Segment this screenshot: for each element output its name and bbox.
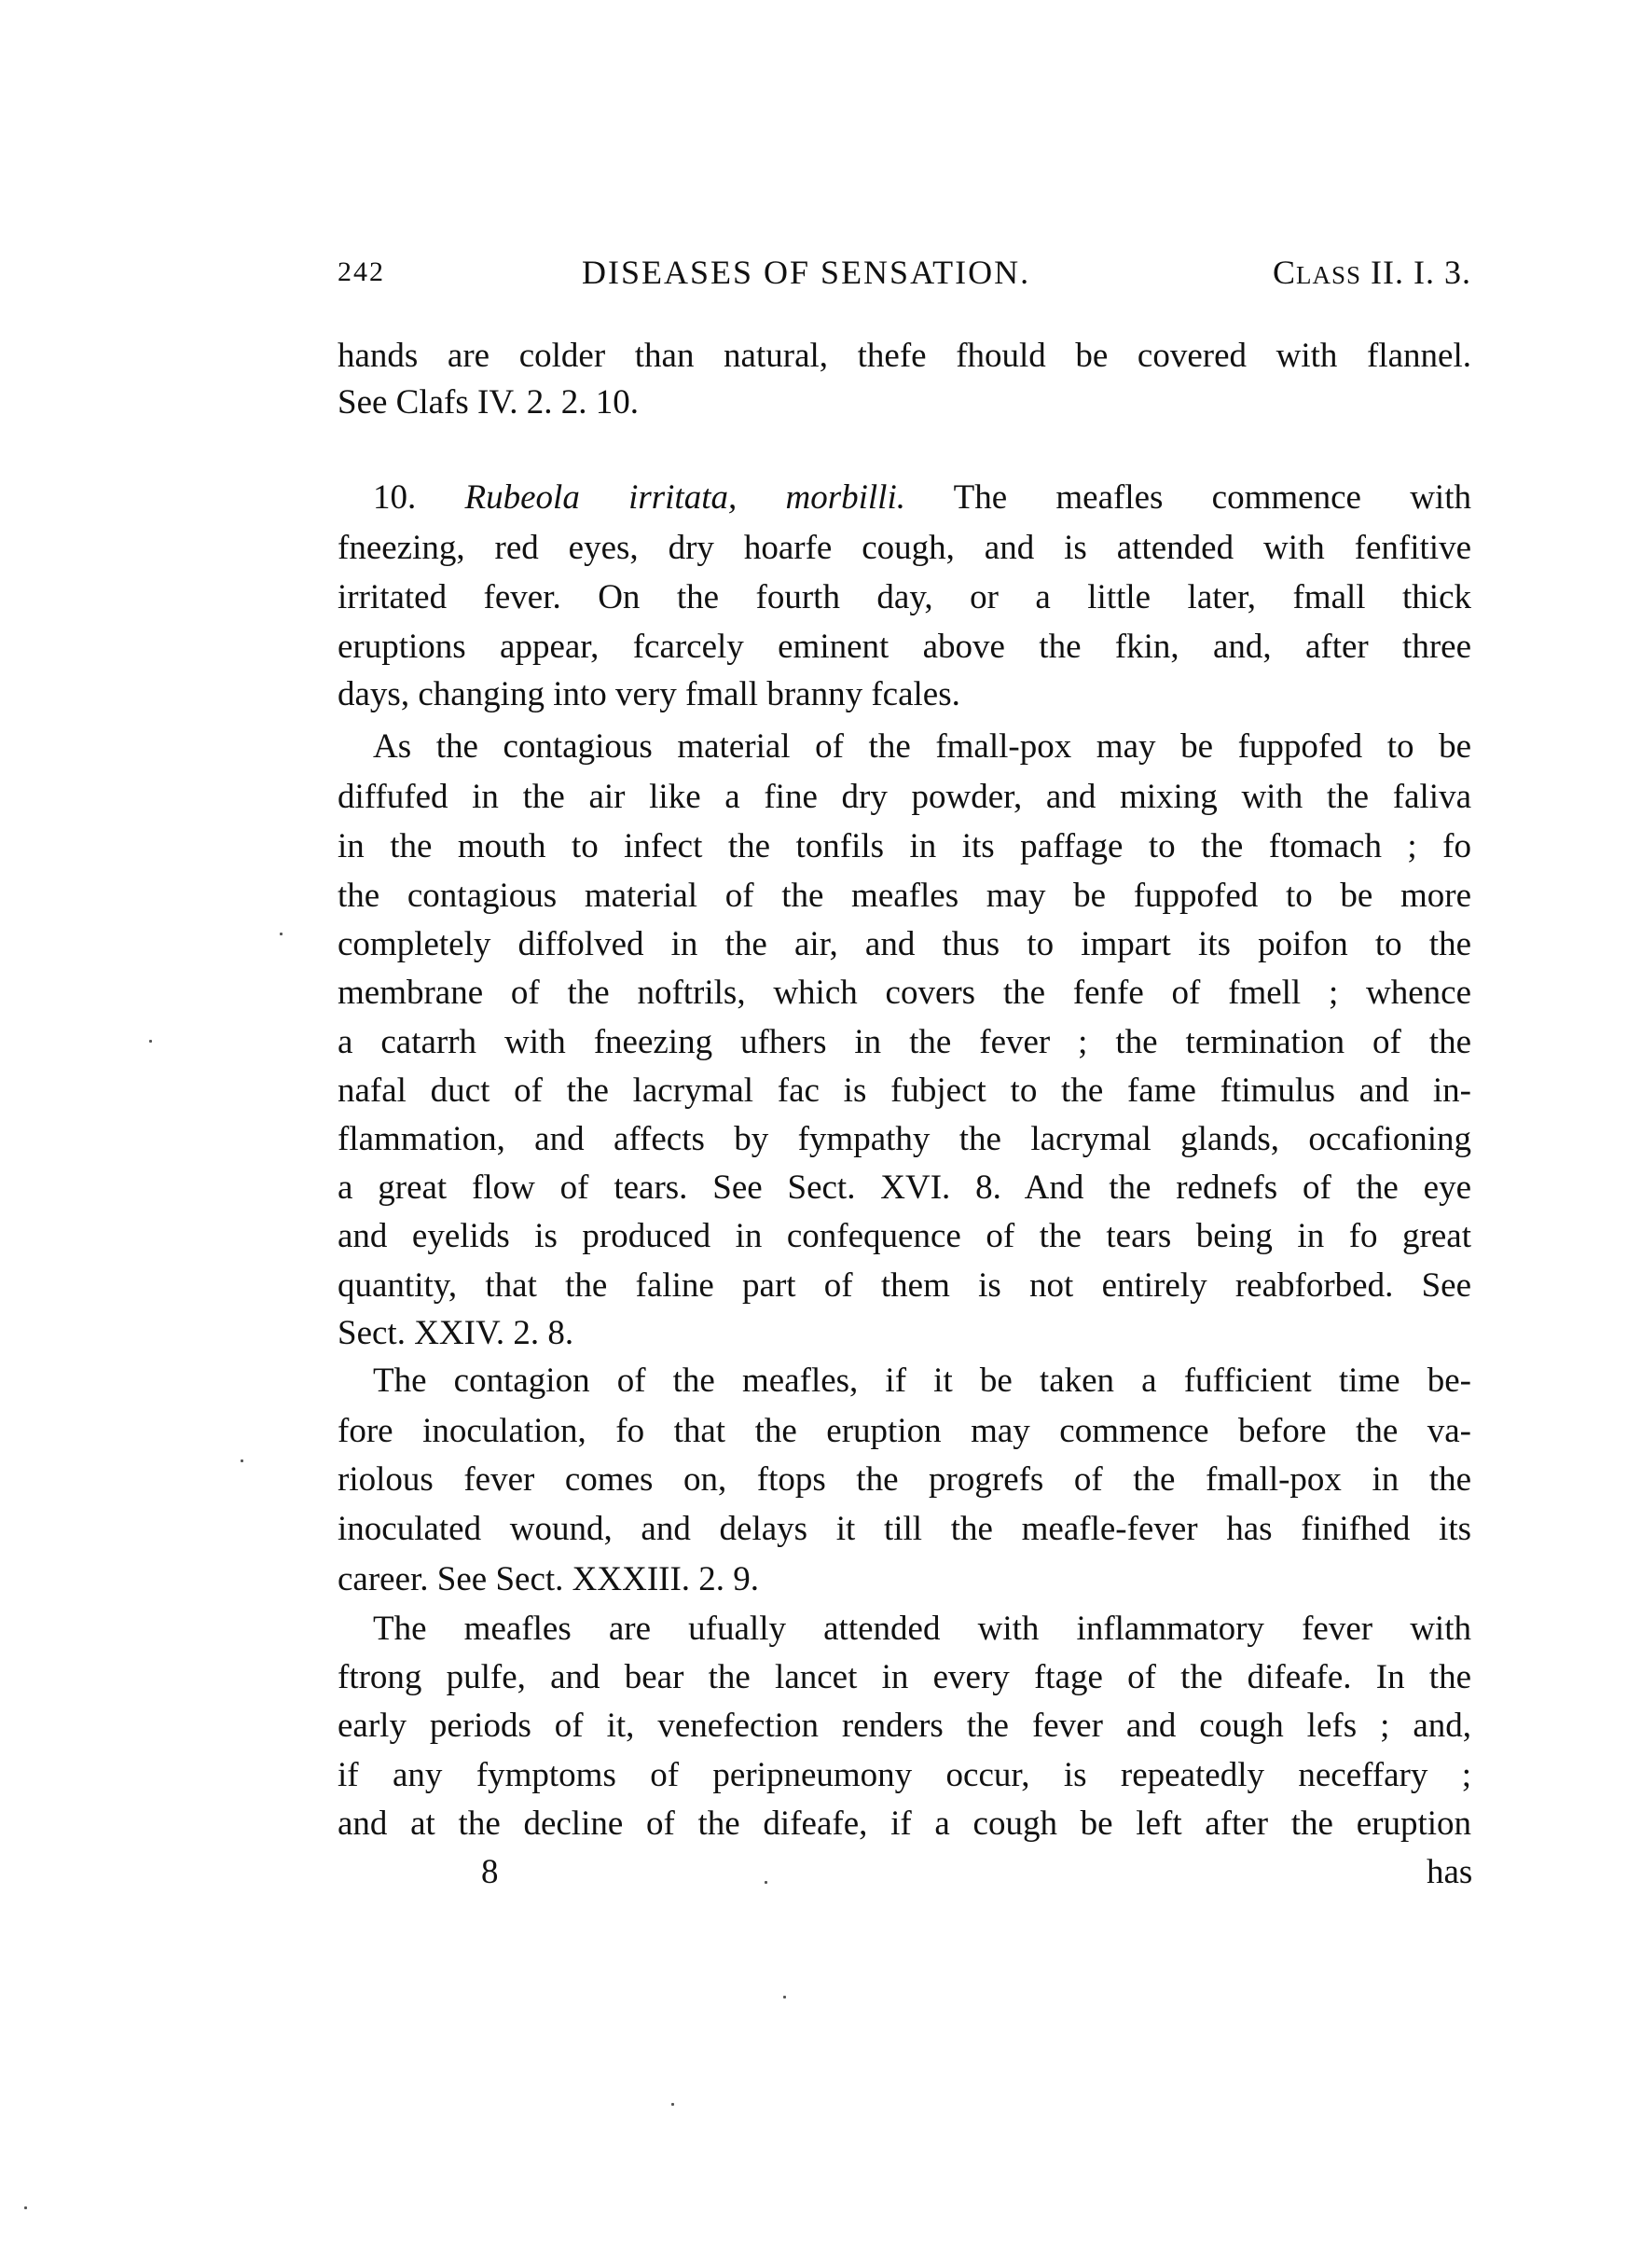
text-line: eruptions appear, fcarcely eminent above… [338,623,1471,671]
text-line: membrane of the noftrils, which covers t… [338,969,1471,1017]
section-number: 10. [373,478,416,517]
text-line: and eyelids is produced in confequence o… [338,1212,1471,1261]
text-line: quantity, that the faline part of them i… [338,1262,1471,1310]
scan-speck [671,2103,674,2106]
text-line: The meafles commence with [954,478,1471,517]
scan-speck [765,1881,767,1884]
text-line: if any fymptoms of peripneumony occur, i… [338,1751,1471,1800]
text-line: hands are colder than natural, thefe fho… [338,332,1471,380]
text-line: irritated fever. On the fourth day, or a… [338,574,1471,622]
book-page: 242 DISEASES OF SENSATION. CLASS II. I. … [0,0,1641,2268]
text-line: diffufed in the air like a fine dry powd… [338,773,1471,822]
text-line: and at the decline of the difeafe, if a … [338,1800,1471,1848]
text-line: riolous fever comes on, ftops the progre… [338,1456,1471,1504]
running-title: DISEASES OF SENSATION. [582,248,1030,297]
text-line: completely diffolved in the air, and thu… [338,920,1471,969]
text-line: in the mouth to infect the tonfils in it… [338,823,1471,871]
text-line: inoculated wound, and delays it till the… [338,1505,1471,1554]
text-line: early periods of it, venefection renders… [338,1702,1471,1750]
text-line: nafal duct of the lacrymal fac is fubjec… [338,1067,1471,1115]
text-line: fore inoculation, fo that the eruption m… [338,1407,1471,1456]
running-header: 242 DISEASES OF SENSATION. CLASS II. I. … [338,248,1471,297]
text-line: As the contagious material of the fmall-… [373,723,1471,771]
text-line: a great flow of tears. See Sect. XVI. 8.… [338,1164,1471,1212]
section-10-heading-line: 10. Rubeola irritata, morbilli. The meaf… [373,474,1471,522]
class-reference: CLASS II. I. 3. [1273,248,1471,299]
scan-speck [241,1459,243,1462]
text-line: career. See Sect. XXXIII. 2. 9. [338,1556,1471,1604]
text-line: a catarrh with fneezing ufhers in the fe… [338,1018,1471,1067]
scan-speck [24,2206,27,2209]
text-line: flammation, and affects by fympathy the … [338,1115,1471,1164]
scan-speck [783,1996,786,1998]
signature-mark: 8 [481,1848,499,1897]
text-line: the contagious material of the meafles m… [338,872,1471,920]
scan-speck [149,1040,152,1043]
page-number: 242 [338,248,385,297]
text-line: The contagion of the meafles, if it be t… [373,1357,1471,1405]
text-line: days, changing into very fmall branny fc… [338,671,1471,719]
class-ref-initial: C [1273,254,1296,291]
class-ref-smallcaps: LASS [1296,261,1361,289]
text-line: See Clafs IV. 2. 2. 10. [338,379,1471,427]
text-line: Sect. XXIV. 2. 8. [338,1309,1471,1358]
text-line: fneezing, red eyes, dry hoarfe cough, an… [338,524,1471,573]
text-line: The meafles are ufually attended with in… [373,1605,1471,1653]
section-latin-name: Rubeola irritata, morbilli. [465,478,905,517]
text-line: ftrong pulfe, and bear the lancet in eve… [338,1653,1471,1702]
scan-speck [280,933,283,935]
catchword: has [1427,1848,1472,1897]
class-ref-numbers: II. I. 3. [1361,254,1471,291]
